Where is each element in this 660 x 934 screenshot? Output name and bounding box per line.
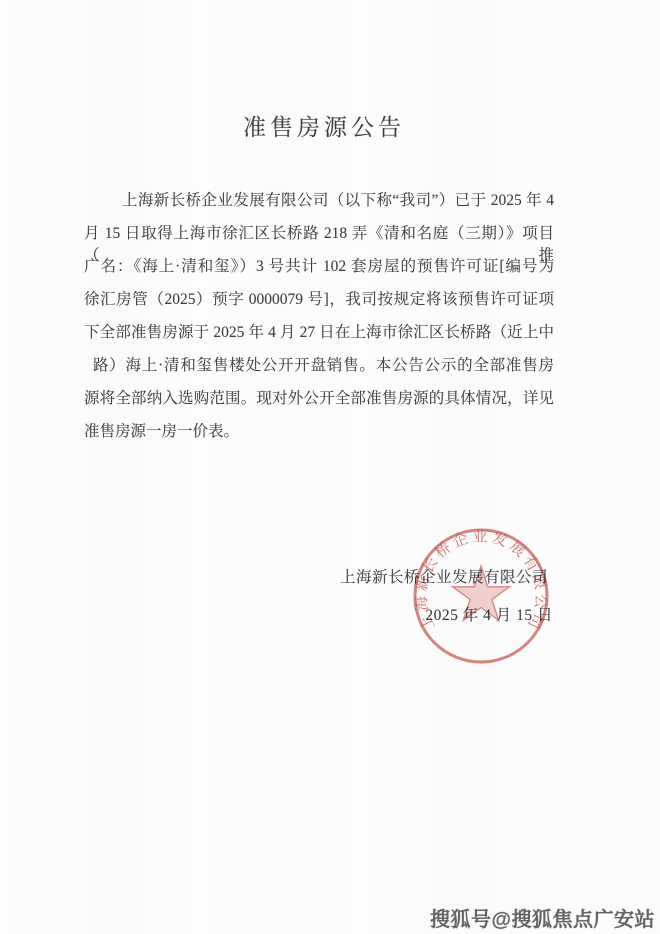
document-title: 准售房源公告 [0,109,660,142]
body-line: 广名：《海上·清和玺》）3 号共计 102 套房屋的预售许可证[编号为 [84,256,554,289]
body-line: 下全部准售房源于 2025 年 4 月 27 日在上海市徐汇区长桥路（近上中 [84,322,554,355]
body-line: 路）海上·清和玺售楼处公开开盘销售。本公告公示的全部准售房 [84,355,554,388]
body-line: 月 15 日取得上海市徐汇区长桥路 218 弄《清和名庭（三期）》项目（推 [84,223,554,256]
body-line: 源将全部纳入选购范围。现对外公开全部准售房源的具体情况，详见 [84,388,554,421]
signature-company-name: 上海新长桥企业发展有限公司 [340,565,548,587]
company-seal-stamp: 上海新长桥企业发展有限公司 [411,526,551,666]
document-body: 上海新长桥企业发展有限公司（以下称“我司”）已于 2025 年 4 月 15 日… [84,190,554,454]
sohu-watermark-text: 搜狐号@搜狐焦点广安站 [430,903,655,932]
signature-date: 2025 年 4 月 15 日 [425,603,553,625]
seal-graphic: 上海新长桥企业发展有限公司 [411,526,551,666]
announcement-document-page: 准售房源公告 上海新长桥企业发展有限公司（以下称“我司”）已于 2025 年 4… [0,0,660,934]
body-line: 上海新长桥企业发展有限公司（以下称“我司”）已于 2025 年 4 [84,190,554,223]
body-line: 徐汇房管（2025）预字 0000079 号]，我司按规定将该预售许可证项 [84,289,554,322]
seal-border-circle [415,530,547,662]
body-line: 准售房源一房一价表。 [84,421,554,454]
